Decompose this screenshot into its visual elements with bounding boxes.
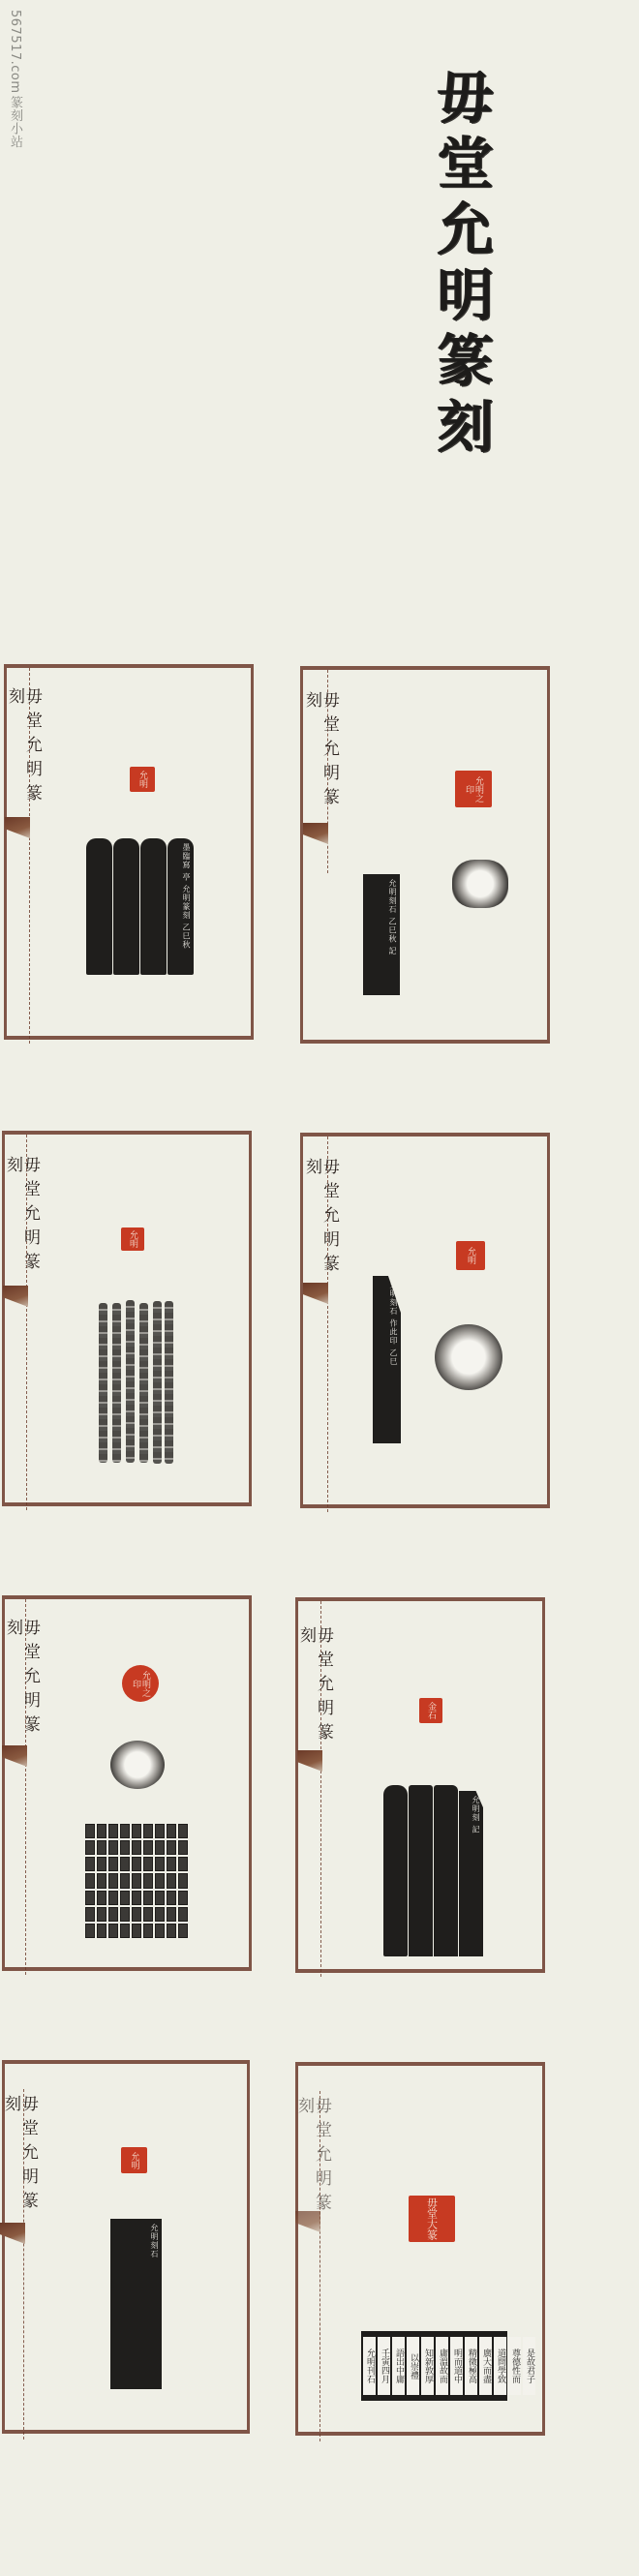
seal-red: 金石 (419, 1698, 442, 1723)
panel-1: 毋堂允明篆刻 允明 墨臨寫 亭 允明篆刻 乙巳秋 (0, 664, 257, 1044)
seal-red-round: 允明之印 (122, 1665, 159, 1702)
spine-label: 毋堂允明篆刻 (6, 687, 41, 823)
rubbing-column (99, 1303, 107, 1463)
inscription-cell: 明而道中 (450, 2337, 463, 2395)
panel-6: 毋堂允明篆刻 金石 允明刻 記 (293, 1597, 547, 1977)
inscription-cell: 道問學致 (494, 2337, 506, 2395)
panel-3: 毋堂允明篆刻 允明 (0, 1131, 254, 1510)
inscription-cell: 庸溫故而 (436, 2337, 448, 2395)
rubbing-slab: 允明刻石 作此印 乙巳 (373, 1276, 401, 1443)
seal-impression-grey (435, 1324, 502, 1390)
spine-label: 毋堂允明篆刻 (303, 1158, 338, 1293)
rubbing-slab: 允明刻石 (110, 2219, 162, 2389)
rubbing-slab (113, 838, 139, 975)
spine-label: 毋堂允明篆刻 (4, 1619, 39, 1754)
seal-red: 允明 (130, 767, 155, 792)
seal-impression-grey (110, 1741, 165, 1789)
rubbing-column (126, 1300, 135, 1463)
inscription-cell: 壬寅四月 (378, 2337, 390, 2395)
panel-4: 毋堂允明篆刻 允明 允明刻石 作此印 乙巳 (295, 1133, 552, 1512)
watermark: 篆刻小站 567517.com (8, 10, 22, 148)
rubbing-slab (434, 1785, 458, 1956)
rubbing-slab (383, 1785, 408, 1956)
inscription-cell: 廣大而盡 (479, 2337, 492, 2395)
rubbing-slab (140, 838, 167, 975)
inscription-block: 允明刊石 壬寅四月 語出中庸 以崇禮 知新敦厚 庸溫故而 明而道中 精微極高 廣… (361, 2331, 507, 2401)
rubbing-column (165, 1301, 173, 1464)
seal-red: 毋堂大篆 (409, 2196, 455, 2242)
rubbing-column (112, 1303, 121, 1463)
inscription-cell: 以崇禮 (407, 2337, 419, 2395)
spine-label: 毋堂允明篆刻 (4, 1156, 39, 1291)
seal-red: 允明 (121, 1227, 144, 1251)
seal-impression-grey (452, 860, 508, 908)
spine-label: 毋堂允明篆刻 (295, 2097, 330, 2223)
seal-red: 允明之印 (455, 771, 492, 807)
panel-8: 毋堂允明篆刻 毋堂大篆 允明刊石 壬寅四月 語出中庸 以崇禮 知新敦厚 庸溫故而… (293, 2062, 547, 2441)
seal-red: 允明 (121, 2147, 147, 2173)
rubbing-column (139, 1303, 148, 1463)
spine-label: 毋堂允明篆刻 (2, 2095, 37, 2221)
panel-7: 毋堂允明篆刻 允明 允明刻石 (0, 2060, 254, 2440)
seal-red: 允明 (456, 1241, 485, 1270)
spine-label: 毋堂允明篆刻 (297, 1626, 332, 1762)
panel-2: 毋堂允明篆刻 允明之印 允明刻石 乙巳秋 記 (295, 666, 552, 1046)
watermark-line1: 篆刻小站 (8, 96, 22, 148)
page-title: 毋堂允明篆刻 (407, 68, 494, 463)
watermark-line2: 567517.com (8, 10, 22, 94)
rubbing-slab: 允明刻 記 (459, 1791, 483, 1956)
inscription-cell: 是故君子 (523, 2337, 535, 2395)
rubbing-slab (86, 838, 112, 975)
inscription-cell: 精微極高 (465, 2337, 477, 2395)
panel-5: 毋堂允明篆刻 允明之印 (0, 1595, 254, 1975)
inscription-cell: 知新敦厚 (421, 2337, 434, 2395)
rubbing-slab: 墨臨寫 亭 允明篆刻 乙巳秋 (167, 838, 194, 975)
rubbing-slab: 允明刻石 乙巳秋 記 (363, 874, 400, 995)
inscription-cell: 尊德性而 (508, 2337, 521, 2395)
rubbing-column (153, 1301, 162, 1464)
seal-grid (85, 1824, 188, 1938)
rubbing-slab (409, 1785, 433, 1956)
inscription-cell: 語出中庸 (392, 2337, 405, 2395)
spine-label: 毋堂允明篆刻 (303, 691, 338, 827)
inscription-cell: 允明刊石 (363, 2337, 376, 2395)
